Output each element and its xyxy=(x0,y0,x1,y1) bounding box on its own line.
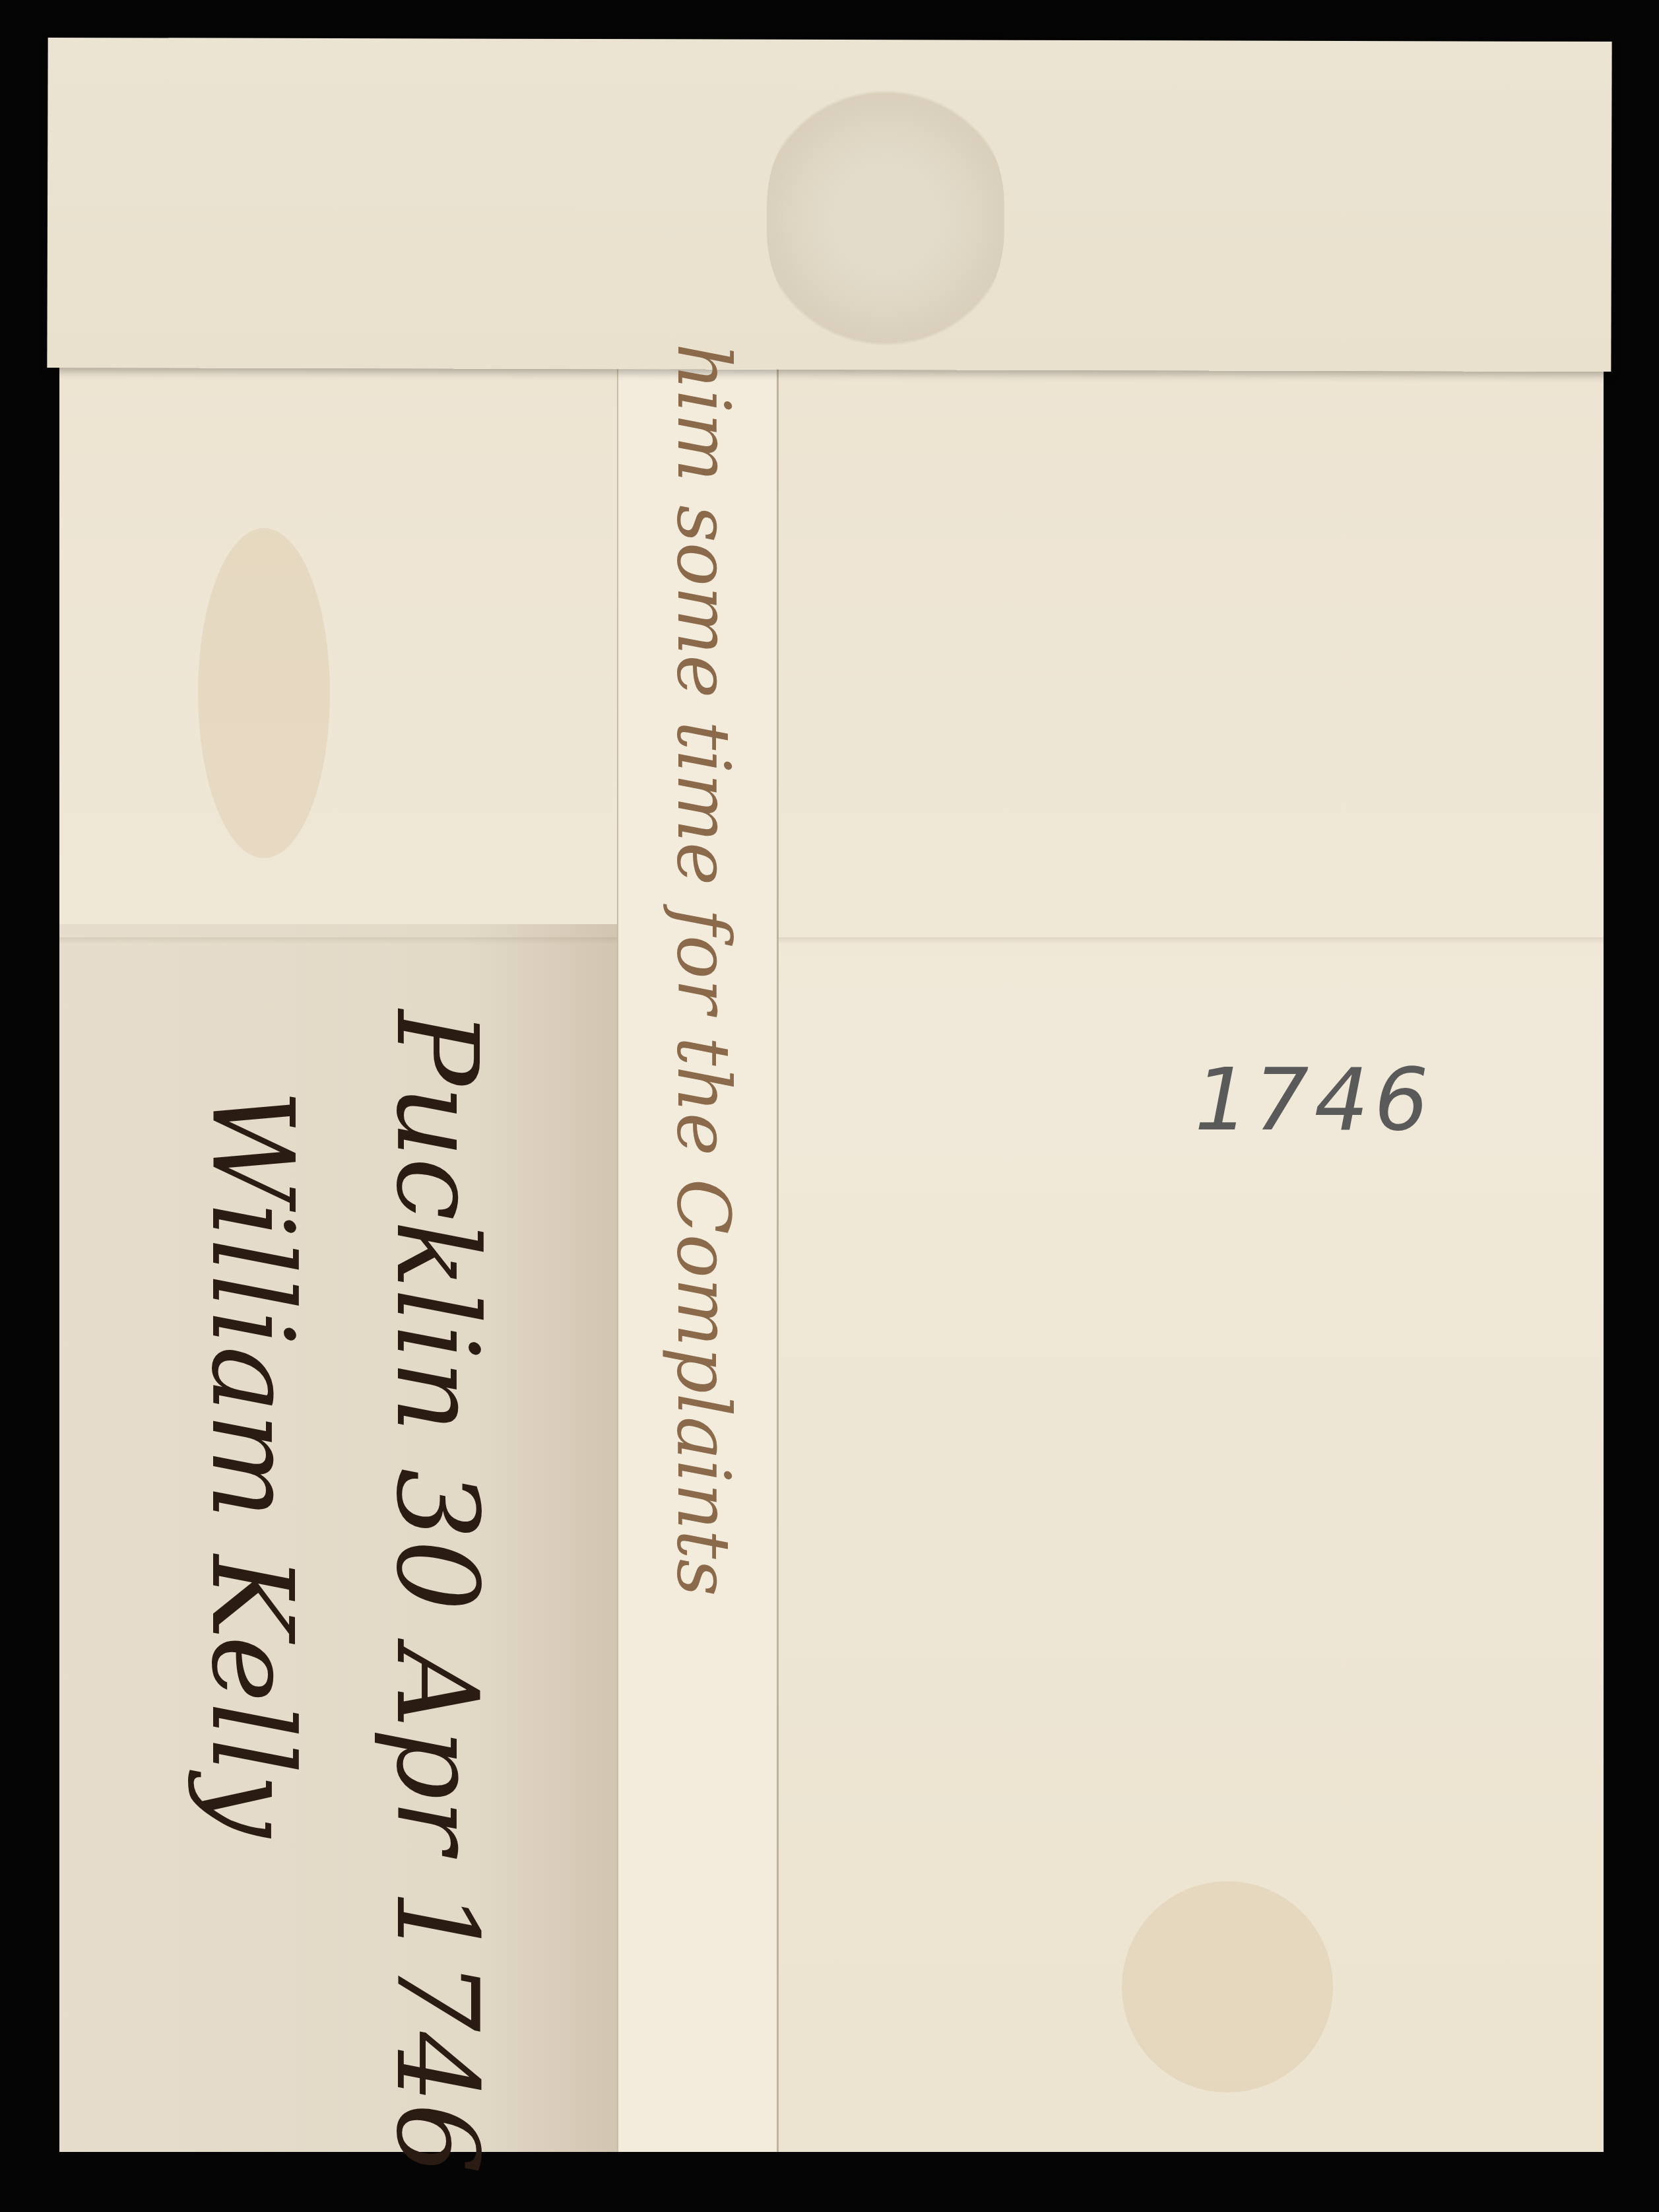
stain xyxy=(198,528,330,858)
stain xyxy=(1122,1881,1333,2093)
left-panel xyxy=(59,924,640,2152)
horizontal-fold xyxy=(59,937,1604,944)
docket-place-date: Pucklin 30 Apr 1746 xyxy=(371,1010,502,2174)
docket-name: William Kelly xyxy=(186,1089,317,1838)
pencil-year-annotation: 1746 xyxy=(1194,1050,1434,1150)
wax-seal-remnant xyxy=(766,86,1004,351)
top-flap xyxy=(47,38,1611,372)
strip-handwriting: him some time for the Complaints xyxy=(661,343,746,1596)
